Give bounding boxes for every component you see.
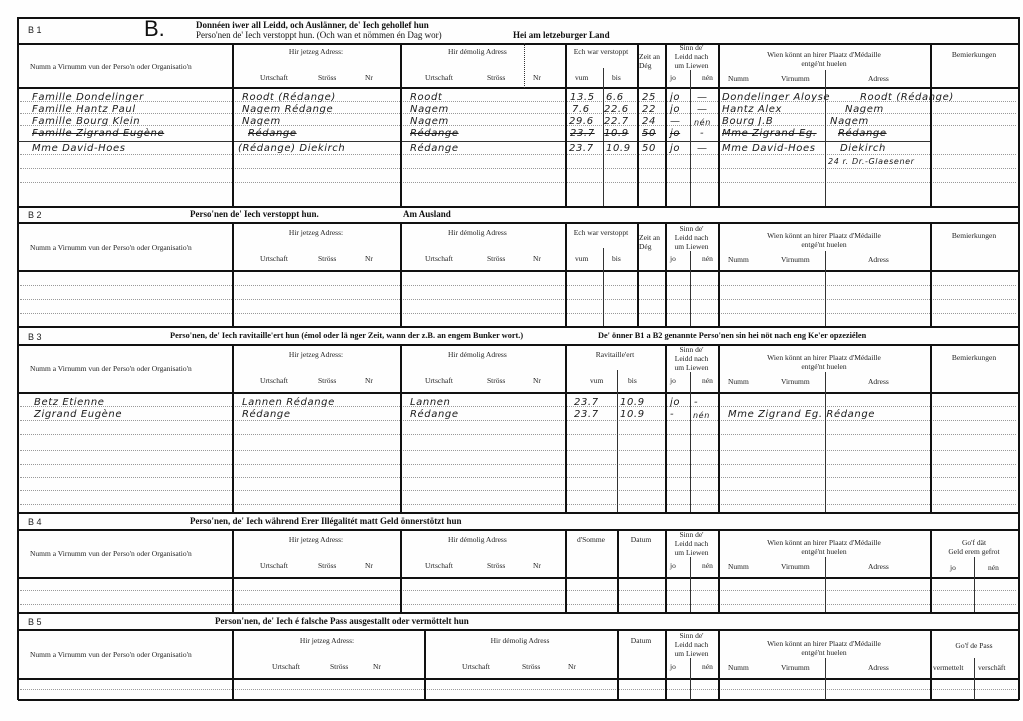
b1-sinn-header-1: Sinn de' (665, 43, 718, 52)
b1-col-divider (637, 43, 639, 206)
b2-medaille-header-1: Wien könnt an hirer Plaatz d'Médaille (718, 231, 930, 240)
b3-col-divider (617, 370, 618, 512)
b2-sinn-header-3: um Liewen (665, 242, 718, 251)
b4-sinn-header-1: Sinn de' (665, 530, 718, 539)
b5-nr-label-2: Nr (568, 662, 576, 671)
b4-col-divider (617, 529, 619, 612)
b4-medaille-header-1: Wien könnt an hirer Plaatz d'Médaille (718, 538, 930, 547)
b1-rule (20, 113, 1016, 114)
b5-col-divider (974, 658, 975, 700)
b3-nen-label: nén (702, 376, 713, 385)
b2-adress-label: Adress (868, 255, 889, 264)
b1-sinn-header-3: um Liewen (665, 61, 718, 70)
b2-col-divider (603, 248, 604, 326)
b5-vermettelt-label: vermettelt (933, 663, 963, 672)
form-title-line2: Perso'nen de' Iech verstoppt hun. (Och w… (196, 30, 442, 40)
b5-col-divider (825, 658, 826, 700)
b1-col-divider (718, 43, 720, 206)
b1-vum-label: vum (575, 73, 588, 82)
b1-r4-deg[interactable]: 50 (642, 128, 656, 139)
b4-nen-label: nén (702, 561, 713, 570)
b3-adress-label: Adress (868, 377, 889, 386)
b3-medaille-header-2: entgé'nt huelen (718, 362, 930, 371)
b1-r5-vum[interactable]: 23.7 (569, 143, 594, 154)
b2-bis-label: bis (612, 254, 621, 263)
b1-col-divider (930, 43, 932, 206)
form-letter: B. (144, 16, 165, 42)
b4-adress-label: Adress (868, 562, 889, 571)
b1-header-bottom (18, 87, 1019, 89)
b3-current-address-header: Hir jetzeg Adress: (232, 350, 400, 359)
b4-geld-jo-label: jo (950, 563, 956, 572)
b1-rule (20, 101, 1016, 102)
b5-sinn-header-3: um Liewen (665, 649, 718, 658)
b3-r2-nen[interactable]: nén (693, 411, 710, 420)
b2-top (18, 206, 1019, 208)
b3-rule (20, 464, 1016, 465)
b2-hidden-period-header: Ech war verstoppt (565, 228, 637, 237)
b2-bemierkungen-header: Bemierkungen (930, 231, 1018, 240)
b1-adress-label: Adress (868, 74, 889, 83)
b3-col-divider (565, 344, 567, 512)
b4-header-bottom (18, 577, 1019, 579)
b4-name-col-header: Numm a Virnumm vun der Perso'n oder Orga… (30, 549, 192, 558)
b3-r2-medaille[interactable]: Mme Zigrand Eg. Rédange (728, 409, 875, 420)
b1-virnumm-label: Virnumm (781, 74, 810, 83)
b1-r4-nen[interactable]: - (700, 128, 704, 139)
b1-col-divider (825, 70, 826, 206)
b3-r2-name[interactable]: Zigrand Eugène (34, 409, 122, 420)
b4-numm-label: Numm (728, 562, 749, 571)
b3-r2-vum[interactable]: 23.7 (574, 409, 599, 420)
b4-stross-label: Ströss (318, 561, 336, 570)
b3-top (18, 326, 1019, 328)
b4-col-divider (930, 529, 932, 612)
b3-rule (20, 450, 1016, 451)
b1-former-address-header: Hir démolig Adress (448, 47, 507, 56)
b2-vum-label: vum (575, 254, 588, 263)
b2-col-divider (400, 222, 402, 326)
b3-bemierkungen-header: Bemierkungen (930, 353, 1018, 362)
b3-sinn-header-3: um Liewen (665, 363, 718, 372)
b5-col-divider (424, 629, 426, 700)
b2-urtschaft-label: Urtschaft (260, 254, 288, 263)
b5-top (18, 612, 1019, 614)
b3-col-divider (825, 372, 826, 512)
b2-header-bottom (18, 270, 1019, 272)
b3-rule (20, 406, 1016, 407)
b2-col-divider (565, 222, 567, 326)
b5-col-divider (690, 658, 691, 700)
b5-col-divider (232, 629, 234, 700)
b4-datum-header: Datum (617, 535, 665, 544)
b2-jo-label: jo (670, 254, 676, 263)
b4-col-divider (690, 557, 691, 612)
b3-ravitailleert-header: Ravitaille'ert (565, 350, 665, 359)
b4-sinn-header-2: Leidd nach (665, 539, 718, 548)
b3-rule (20, 477, 1016, 478)
b5-current-address-header: Hir jetzeg Adress: (232, 636, 422, 645)
b2-urtschaft-label-2: Urtschaft (425, 254, 453, 263)
b3-numm-label: Numm (728, 377, 749, 386)
b1-stross-label: Ströss (318, 73, 336, 82)
b1-r5-former[interactable]: Rédange (410, 143, 459, 154)
b1-r5-deg[interactable]: 50 (642, 143, 656, 154)
b1-bemierkungen-header: Bemierkungen (930, 50, 1018, 59)
b1-r5-nen[interactable]: — (697, 143, 708, 154)
b5-verschaft-label: verschäft (978, 663, 1005, 672)
b1-r4-jo[interactable]: jo (670, 128, 680, 139)
b1-jo-label: jo (670, 73, 676, 82)
b2-col-divider (637, 222, 639, 326)
b1-col-divider (400, 43, 402, 206)
b1-col-divider (232, 43, 234, 206)
b4-geld-nen-label: nén (988, 563, 999, 572)
b4-col-divider (825, 557, 826, 612)
b4-urtschaft-label: Urtschaft (260, 561, 288, 570)
frame-top (18, 17, 1019, 19)
b2-medaille-header-2: entgé'nt huelen (718, 240, 930, 249)
b3-rule (20, 490, 1016, 491)
section-id-b5: B 5 (28, 617, 42, 627)
frame-left (17, 17, 19, 700)
b3-col-divider (232, 344, 234, 512)
b3-rule (20, 504, 1016, 505)
b4-col-divider (718, 529, 720, 612)
b3-title-note: De' önner B1 a B2 genannte Perso'nen sin… (598, 331, 866, 340)
b3-former-address-header: Hir démolig Adress (448, 350, 507, 359)
b5-virnumm-label: Virnumm (781, 663, 810, 672)
b5-header-bottom (18, 678, 1019, 680)
b3-col-divider (665, 344, 667, 512)
b2-virnumm-label: Virnumm (781, 255, 810, 264)
b1-urtschaft-label: Urtschaft (260, 73, 288, 82)
b3-header-bottom (18, 392, 1019, 394)
b5-former-address-header: Hir démolig Adress (424, 636, 616, 645)
b5-datum-header: Datum (617, 636, 665, 645)
b5-sinn-header-2: Leidd nach (665, 640, 718, 649)
b4-col-divider (565, 529, 567, 612)
b1-r5-current[interactable]: (Rédange) Diekirch (238, 143, 345, 154)
b4-col-divider (232, 529, 234, 612)
b1-col-divider (524, 43, 525, 88)
b3-rule (20, 434, 1016, 435)
b4-nr-label: Nr (365, 561, 373, 570)
form-title-region: Hei am letzeburger Land (513, 30, 610, 40)
section-id-b1: B 1 (28, 25, 42, 35)
b3-r2-current[interactable]: Rédange (242, 409, 291, 420)
b5-adress-label: Adress (868, 663, 889, 672)
b1-r5-med-name[interactable]: Mme David-Hoes (722, 143, 816, 154)
b3-urtschaft-label: Urtschaft (260, 376, 288, 385)
b1-nr-label-2: Nr (533, 73, 541, 82)
b3-col-divider (930, 344, 932, 512)
b4-col-divider (974, 557, 975, 612)
b5-stross-label: Ströss (330, 662, 348, 671)
b2-col-divider (825, 251, 826, 326)
b5-medaille-header-1: Wien könnt an hirer Plaatz d'Médaille (718, 639, 930, 648)
b4-urtschaft-label-2: Urtschaft (425, 561, 453, 570)
b3-title: Perso'nen, de' Iech ravitaille'ert hun (… (170, 331, 523, 340)
b1-r4-current[interactable]: Rédange (248, 128, 297, 139)
b3-urtschaft-label-2: Urtschaft (425, 376, 453, 385)
b3-nr-label: Nr (365, 376, 373, 385)
b3-medaille-header-1: Wien könnt an hirer Plaatz d'Médaille (718, 353, 930, 362)
b1-col-divider (665, 43, 667, 206)
b3-r2-bis[interactable]: 10.9 (620, 409, 645, 420)
b5-name-col-header: Numm a Virnumm vun der Perso'n oder Orga… (30, 650, 192, 659)
b1-r5-med-address[interactable]: Diekirch (840, 143, 886, 154)
b3-sinn-header-1: Sinn de' (665, 345, 718, 354)
b4-col-divider (665, 529, 667, 612)
b2-sinn-header-1: Sinn de' (665, 224, 718, 233)
b1-title-divider (18, 43, 1019, 45)
b1-r4-former[interactable]: Rédange (410, 128, 459, 139)
b2-numm-label: Numm (728, 255, 749, 264)
b5-title: Person'nen, de' Iech é falsche Pass ausg… (215, 616, 469, 626)
b4-title: Perso'nen, de' Iech während Erer Illégal… (190, 516, 461, 526)
b1-zeit-header: Zeit an Dég (639, 52, 661, 70)
b1-r4-med-name[interactable]: Mme Zigrand Eg. (722, 128, 817, 139)
b2-rule (20, 285, 1016, 286)
b3-bis-label: bis (628, 376, 637, 385)
b1-r5-name[interactable]: Mme David-Hoes (32, 143, 126, 154)
b1-r4-med-address[interactable]: Rédange (838, 128, 887, 139)
b2-nr-label-2: Nr (533, 254, 541, 263)
b5-pass-header: Go'f de Pass (930, 641, 1018, 650)
b4-sinn-header-3: um Liewen (665, 548, 718, 557)
b1-hidden-period-header: Ech war verstoppt (565, 47, 637, 56)
b1-r5-jo[interactable]: jo (670, 143, 680, 154)
b4-geld-header-2: Geld erem gefrot (930, 547, 1018, 556)
b4-title-divider (18, 529, 1019, 531)
b3-title-divider (18, 344, 1019, 346)
b5-numm-label: Numm (728, 663, 749, 672)
b2-col-divider (665, 222, 667, 326)
b1-rule (20, 154, 1016, 155)
b3-stross-label-2: Ströss (487, 376, 505, 385)
b3-jo-label: jo (670, 376, 676, 385)
b4-somme-header: d'Somme (565, 535, 617, 544)
b1-col-divider (565, 43, 567, 206)
b1-rule (20, 168, 1016, 169)
b1-medaille-header-2: entgé'nt huelen (718, 59, 930, 68)
b5-urtschaft-label: Urtschaft (272, 662, 300, 671)
b1-nr-label: Nr (365, 73, 373, 82)
b1-medaille-header-1: Wien könnt an hirer Plaatz d'Médaille (718, 50, 930, 59)
b5-nr-label: Nr (373, 662, 381, 671)
b2-stross-label-2: Ströss (487, 254, 505, 263)
b1-r4-name[interactable]: Famille Zigrand Eugène (32, 128, 164, 139)
b1-urtschaft-label-2: Urtschaft (425, 73, 453, 82)
b1-numm-label: Numm (728, 74, 749, 83)
b3-nr-label-2: Nr (533, 376, 541, 385)
section-id-b3: B 3 (28, 332, 42, 342)
b1-col-divider (603, 68, 604, 206)
b2-sinn-header-2: Leidd nach (665, 233, 718, 242)
b2-title: Perso'nen de' Iech verstoppt hun. (190, 209, 319, 219)
b2-former-address-header: Hir démolig Adress (448, 228, 507, 237)
b5-rule (20, 689, 1016, 690)
b4-jo-label: jo (670, 561, 676, 570)
b4-stross-label-2: Ströss (487, 561, 505, 570)
b3-col-divider (718, 344, 720, 512)
section-id-b4: B 4 (28, 517, 42, 527)
b1-r5-bis[interactable]: 10.9 (606, 143, 631, 154)
b1-sinn-header-2: Leidd nach (665, 52, 718, 61)
b4-nr-label-2: Nr (533, 561, 541, 570)
b3-col-divider (400, 344, 402, 512)
b2-name-col-header: Numm a Virnumm vun der Perso'n oder Orga… (30, 243, 192, 252)
b3-stross-label: Ströss (318, 376, 336, 385)
b5-col-divider (930, 629, 932, 700)
b4-current-address-header: Hir jetzeg Adress: (232, 535, 400, 544)
b1-r4-bis[interactable]: 10.9 (604, 128, 629, 139)
b1-stross-label-2: Ströss (487, 73, 505, 82)
b2-col-divider (232, 222, 234, 326)
b1-r5-med-address-line2[interactable]: 24 r. Dr.-Glaesener (828, 157, 915, 166)
b4-top (18, 512, 1019, 514)
b2-col-divider (930, 222, 932, 326)
b5-title-divider (18, 629, 1019, 631)
b2-nen-label: nén (702, 254, 713, 263)
b1-rule (20, 182, 1016, 183)
b2-col-divider (690, 251, 691, 326)
b3-sinn-header-2: Leidd nach (665, 354, 718, 363)
b5-jo-label: jo (670, 662, 676, 671)
b2-col-divider (718, 222, 720, 326)
b4-medaille-header-2: entgé'nt huelen (718, 547, 930, 556)
b2-rule (20, 299, 1016, 300)
b1-bis-label: bis (612, 73, 621, 82)
b2-title-divider (18, 222, 1019, 224)
b2-current-address-header: Hir jetzeg Adress: (232, 228, 400, 237)
b2-zeit-header: Zeit an Dég (639, 233, 661, 251)
b5-col-divider (665, 629, 667, 700)
b5-stross-label-2: Ströss (522, 662, 540, 671)
b1-col-divider (690, 70, 691, 206)
frame-bottom (18, 699, 1019, 701)
b1-row4-line (18, 141, 930, 142)
b4-virnumm-label: Virnumm (781, 562, 810, 571)
b4-geld-header-1: Go'f dät (930, 538, 1018, 547)
b3-col-divider (690, 372, 691, 512)
b2-nr-label: Nr (365, 254, 373, 263)
section-id-b2: B 2 (28, 210, 42, 220)
b1-nen-label: nén (702, 73, 713, 82)
b3-rule (20, 420, 1016, 421)
b1-rule (20, 125, 1016, 126)
b1-current-address-header: Hir jetzeg Adress: (232, 47, 400, 56)
b5-nen-label: nén (702, 662, 713, 671)
b5-col-divider (718, 629, 720, 700)
b5-col-divider (617, 629, 619, 700)
b3-virnumm-label: Virnumm (781, 377, 810, 386)
b1-r4-vum[interactable]: 23.7 (570, 128, 595, 139)
form-title-line1: Donnéen iwer all Leidd, och Auslänner, d… (196, 20, 429, 30)
b4-rule (20, 590, 1016, 591)
b2-stross-label: Ströss (318, 254, 336, 263)
b2-title-region: Am Ausland (403, 209, 451, 219)
b3-name-col-header: Numm a Virnumm vun der Perso'n oder Orga… (30, 364, 192, 373)
b5-urtschaft-label-2: Urtschaft (462, 662, 490, 671)
b5-sinn-header-1: Sinn de' (665, 631, 718, 640)
frame-right (1018, 17, 1020, 700)
b4-former-address-header: Hir démolig Adress (448, 535, 507, 544)
b2-rule (20, 313, 1016, 314)
b1-name-col-header: Numm a Virnumm vun der Perso'n oder Orga… (30, 62, 192, 71)
b4-col-divider (400, 529, 402, 612)
b5-medaille-header-2: entgé'nt huelen (718, 648, 930, 657)
b3-r2-former[interactable]: Rédange (410, 409, 459, 420)
b4-rule (20, 604, 1016, 605)
b3-r2-jo[interactable]: - (670, 409, 674, 420)
b3-vum-label: vum (590, 376, 603, 385)
